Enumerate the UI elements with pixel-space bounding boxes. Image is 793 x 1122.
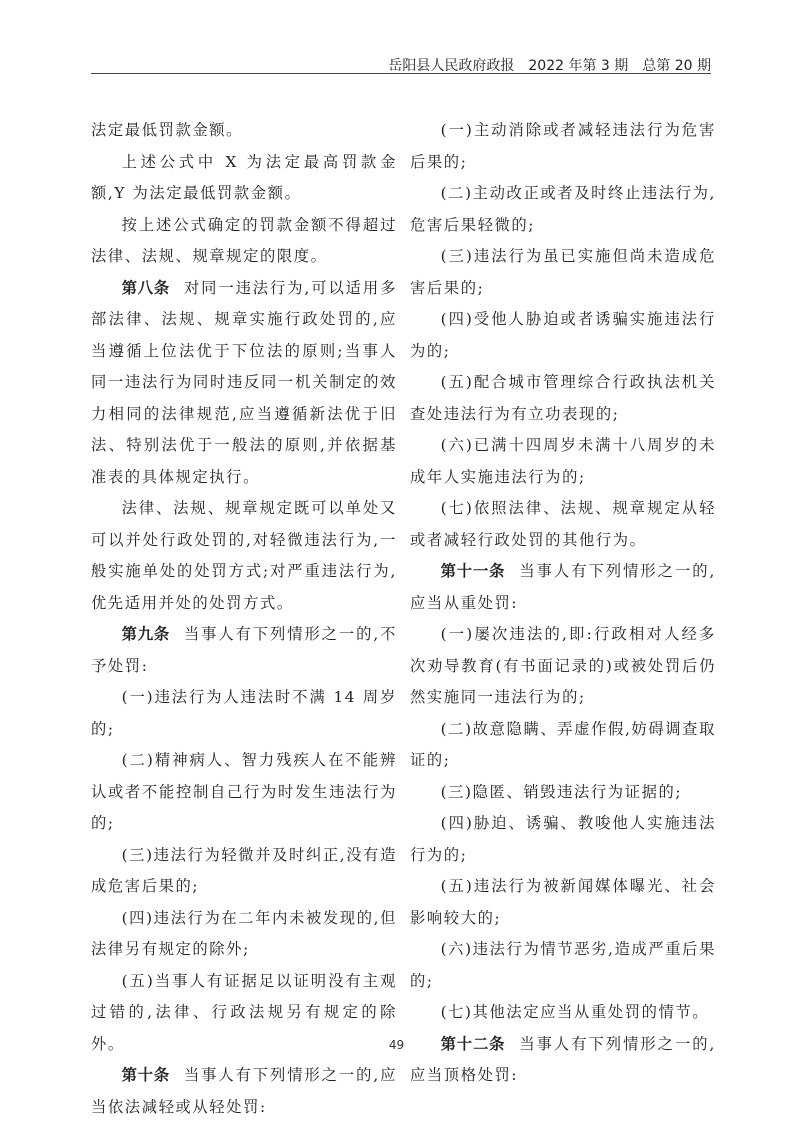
article-number: 第十条 <box>122 1066 170 1084</box>
page-number: 49 <box>0 1038 793 1052</box>
article-paragraph: 第十一条当事人有下列情形之一的,应当从重处罚: <box>410 556 716 619</box>
paragraph: (七)依照法律、法规、规章规定从轻或者减轻行政处罚的其他行为。 <box>410 493 716 556</box>
paragraph-text: (一)屡次违法的,即:行政相对人经多次劝导教育(有书面记录的)或被处罚后仍然实施… <box>410 625 716 706</box>
paragraph-text: 法定最低罚款金额。 <box>91 121 243 139</box>
paragraph-text: 按上述公式确定的罚款金额不得超过法律、法规、规章规定的限度。 <box>91 216 397 266</box>
paragraph-text: (三)隐匿、销毁违法行为证据的; <box>441 783 683 801</box>
paragraph: (五)违法行为被新闻媒体曝光、社会影响较大的; <box>410 871 716 934</box>
paragraph-text: (七)依照法律、法规、规章规定从轻或者减轻行政处罚的其他行为。 <box>410 499 716 549</box>
paragraph: 上述公式中 X 为法定最高罚款金额,Y 为法定最低罚款金额。 <box>91 147 397 210</box>
paragraph-text: (二)主动改正或者及时终止违法行为,危害后果轻微的; <box>410 184 716 234</box>
left-column: 法定最低罚款金额。上述公式中 X 为法定最高罚款金额,Y 为法定最低罚款金额。按… <box>91 115 397 1122</box>
paragraph: (四)违法行为在二年内未被发现的,但法律另有规定的除外; <box>91 903 397 966</box>
paragraph-text: 法律、法规、规章规定既可以单处又可以并处行政处罚的,对轻微违法行为,一般实施单处… <box>91 499 397 612</box>
paragraph: 按上述公式确定的罚款金额不得超过法律、法规、规章规定的限度。 <box>91 210 397 273</box>
paragraph: (二)故意隐瞒、弄虚作假,妨碍调查取证的; <box>410 714 716 777</box>
paragraph-text: 上述公式中 X 为法定最高罚款金额,Y 为法定最低罚款金额。 <box>91 153 397 203</box>
article-number: 第十一条 <box>441 562 506 580</box>
paragraph-text: (一)违法行为人违法时不满 14 周岁的; <box>91 688 397 738</box>
article-number: 第八条 <box>122 279 170 297</box>
paragraph: 法律、法规、规章规定既可以单处又可以并处行政处罚的,对轻微违法行为,一般实施单处… <box>91 493 397 619</box>
paragraph: (七)其他法定应当从重处罚的情节。 <box>410 997 716 1029</box>
paragraph: (三)违法行为轻微并及时纠正,没有造成危害后果的; <box>91 840 397 903</box>
paragraph: (二)精神病人、智力残疾人在不能辨认或者不能控制自己行为时发生违法行为的; <box>91 745 397 840</box>
paragraph: 法定最低罚款金额。 <box>91 115 397 147</box>
paragraph-text: (二)故意隐瞒、弄虚作假,妨碍调查取证的; <box>410 720 716 770</box>
paragraph-text: (三)违法行为虽已实施但尚未造成危害后果的; <box>410 247 716 297</box>
paragraph-text: 对同一违法行为,可以适用多部法律、法规、规章实施行政处罚的,应当遵循上位法优于下… <box>91 279 397 486</box>
paragraph-text: (五)违法行为被新闻媒体曝光、社会影响较大的; <box>410 877 716 927</box>
running-header: 岳阳县人民政府政报 2022 年第 3 期 总第 20 期 <box>91 55 711 73</box>
paragraph-text: (二)精神病人、智力残疾人在不能辨认或者不能控制自己行为时发生违法行为的; <box>91 751 397 832</box>
paragraph-text: (三)违法行为轻微并及时纠正,没有造成危害后果的; <box>91 846 397 896</box>
paragraph: (六)违法行为情节恶劣,造成严重后果的; <box>410 934 716 997</box>
paragraph: (一)屡次违法的,即:行政相对人经多次劝导教育(有书面记录的)或被处罚后仍然实施… <box>410 619 716 714</box>
paragraph: (四)胁迫、诱骗、教唆他人实施违法行为的; <box>410 808 716 871</box>
paragraph-text: (七)其他法定应当从重处罚的情节。 <box>441 1003 710 1021</box>
article-number: 第九条 <box>122 625 170 643</box>
paragraph: (二)主动改正或者及时终止违法行为,危害后果轻微的; <box>410 178 716 241</box>
paragraph: (六)已满十四周岁未满十八周岁的未成年人实施违法行为的; <box>410 430 716 493</box>
paragraph: (三)隐匿、销毁违法行为证据的; <box>410 777 716 809</box>
paragraph: (三)违法行为虽已实施但尚未造成危害后果的; <box>410 241 716 304</box>
paragraph-text: (六)已满十四周岁未满十八周岁的未成年人实施违法行为的; <box>410 436 716 486</box>
paragraph: (一)违法行为人违法时不满 14 周岁的; <box>91 682 397 745</box>
right-column: (一)主动消除或者减轻违法行为危害后果的;(二)主动改正或者及时终止违法行为,危… <box>410 115 716 1092</box>
article-paragraph: 第八条对同一违法行为,可以适用多部法律、法规、规章实施行政处罚的,应当遵循上位法… <box>91 273 397 494</box>
paragraph: (五)配合城市管理综合行政执法机关查处违法行为有立功表现的; <box>410 367 716 430</box>
paragraph-text: (四)违法行为在二年内未被发现的,但法律另有规定的除外; <box>91 909 397 959</box>
paragraph-text: (六)违法行为情节恶劣,造成严重后果的; <box>410 940 716 990</box>
paragraph: (四)受他人胁迫或者诱骗实施违法行为的; <box>410 304 716 367</box>
article-paragraph: 第九条当事人有下列情形之一的,不予处罚: <box>91 619 397 682</box>
paragraph: (一)主动消除或者减轻违法行为危害后果的; <box>410 115 716 178</box>
paragraph-text: (五)配合城市管理综合行政执法机关查处违法行为有立功表现的; <box>410 373 716 423</box>
paragraph-text: (四)受他人胁迫或者诱骗实施违法行为的; <box>410 310 716 360</box>
header-divider <box>91 73 711 74</box>
paragraph-text: (四)胁迫、诱骗、教唆他人实施违法行为的; <box>410 814 716 864</box>
paragraph-text: (一)主动消除或者减轻违法行为危害后果的; <box>410 121 716 171</box>
article-paragraph: 第十条当事人有下列情形之一的,应当依法减轻或从轻处罚: <box>91 1060 397 1122</box>
